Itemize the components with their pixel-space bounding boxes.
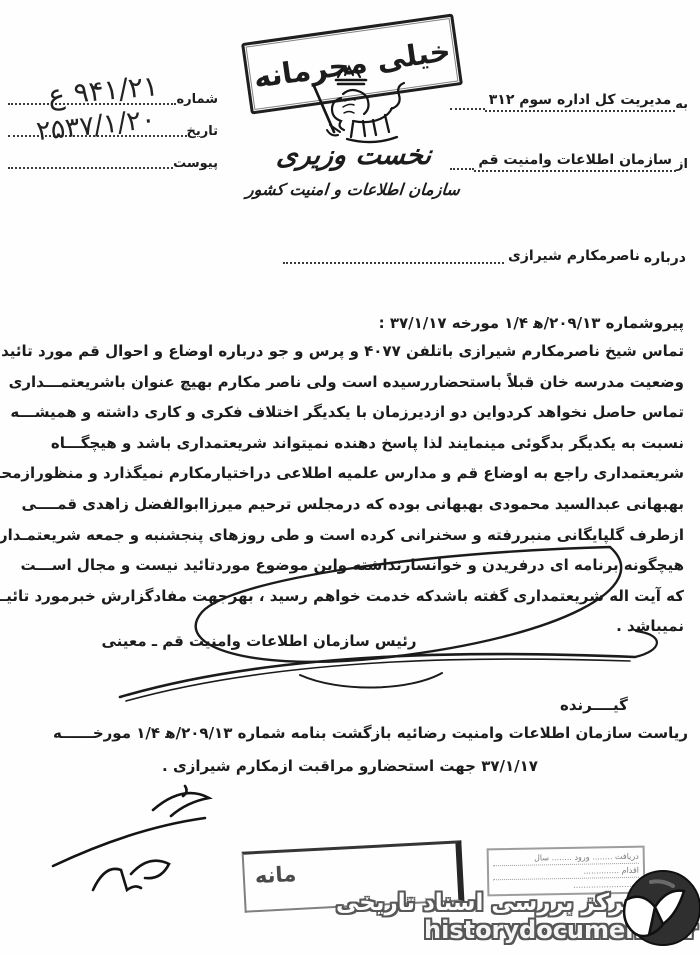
signatory-title: رئیس سازمان اطلاعات وامنیت قم ـ معینی (100, 632, 418, 650)
faded-stamp-text: مانه (254, 862, 297, 888)
body-line: وضعیت مدرسه خان قبلاً باستحضاررسیده است … (20, 367, 684, 398)
lion-and-sun-icon (292, 64, 410, 152)
field-from: از سازمان اطلاعات وامنیت قم (450, 152, 690, 172)
body-line: نسبت به یکدیگر بدگوئی مینمایند لذا پاسخ … (20, 428, 684, 459)
handwritten-note-scribble (35, 778, 235, 896)
field-subject: درباره ناصرمکارم شیرازی (283, 248, 688, 266)
from-value: سازمان اطلاعات وامنیت قم (474, 152, 676, 172)
to-value: مدیریت کل اداره سوم ۳۱۲ (485, 92, 675, 112)
dotted-line (283, 261, 504, 264)
field-to: به مدیریت کل اداره سوم ۳۱۲ (450, 92, 690, 112)
letterhead-org-line1: نخست وزیری (236, 140, 471, 171)
watermark-logo-icon (618, 860, 700, 952)
from-label: از (676, 157, 690, 172)
dotted-line (450, 107, 485, 110)
recipient-heading: گیــــرنده (560, 696, 628, 714)
number-label: شماره (176, 92, 220, 107)
date-label: تاریخ (187, 124, 221, 139)
field-attachment: پیوست (8, 156, 220, 171)
letterhead-org-line2: سازمان اطلاعات و امنیت کشور (227, 180, 479, 199)
scanned-letter-page: خیلی محرمانه نخست وزیری سازمان اطلاعات و… (0, 0, 700, 955)
to-label: به (675, 97, 690, 112)
recipient-line2: ۳۷/۱/۱۷ جهت استحضارو مراقبت ازمکارم شیرا… (140, 757, 560, 775)
body-line: تماس حاصل نخواهد کردواین دو ازدیرزمان با… (20, 397, 684, 428)
watermark-org-name: مرکز بررسی اسناد تاریخی (336, 890, 648, 916)
reference-line: پیروشماره ۲۰۹/۱۳/ه‍ ۱/۴ مورخه ۳۷/۱/۱۷ : (20, 308, 684, 339)
subject-value: ناصرمکارم شیرازی (504, 248, 644, 266)
attachment-label: پیوست (173, 156, 220, 171)
dotted-line (450, 167, 474, 170)
body-line: تماس شیخ ناصرمکارم شیرازی باتلفن ۴۰۷۷ و … (20, 336, 684, 367)
subject-label: درباره (644, 250, 688, 266)
dotted-line (8, 166, 173, 169)
signature-scribble (90, 515, 670, 715)
body-line: شریعتمداری راجع به اوضاع قم و مدارس علمی… (20, 458, 684, 489)
recipient-line1: ریاست سازمان اطلاعات وامنیت رضائیه بازگش… (30, 724, 688, 742)
